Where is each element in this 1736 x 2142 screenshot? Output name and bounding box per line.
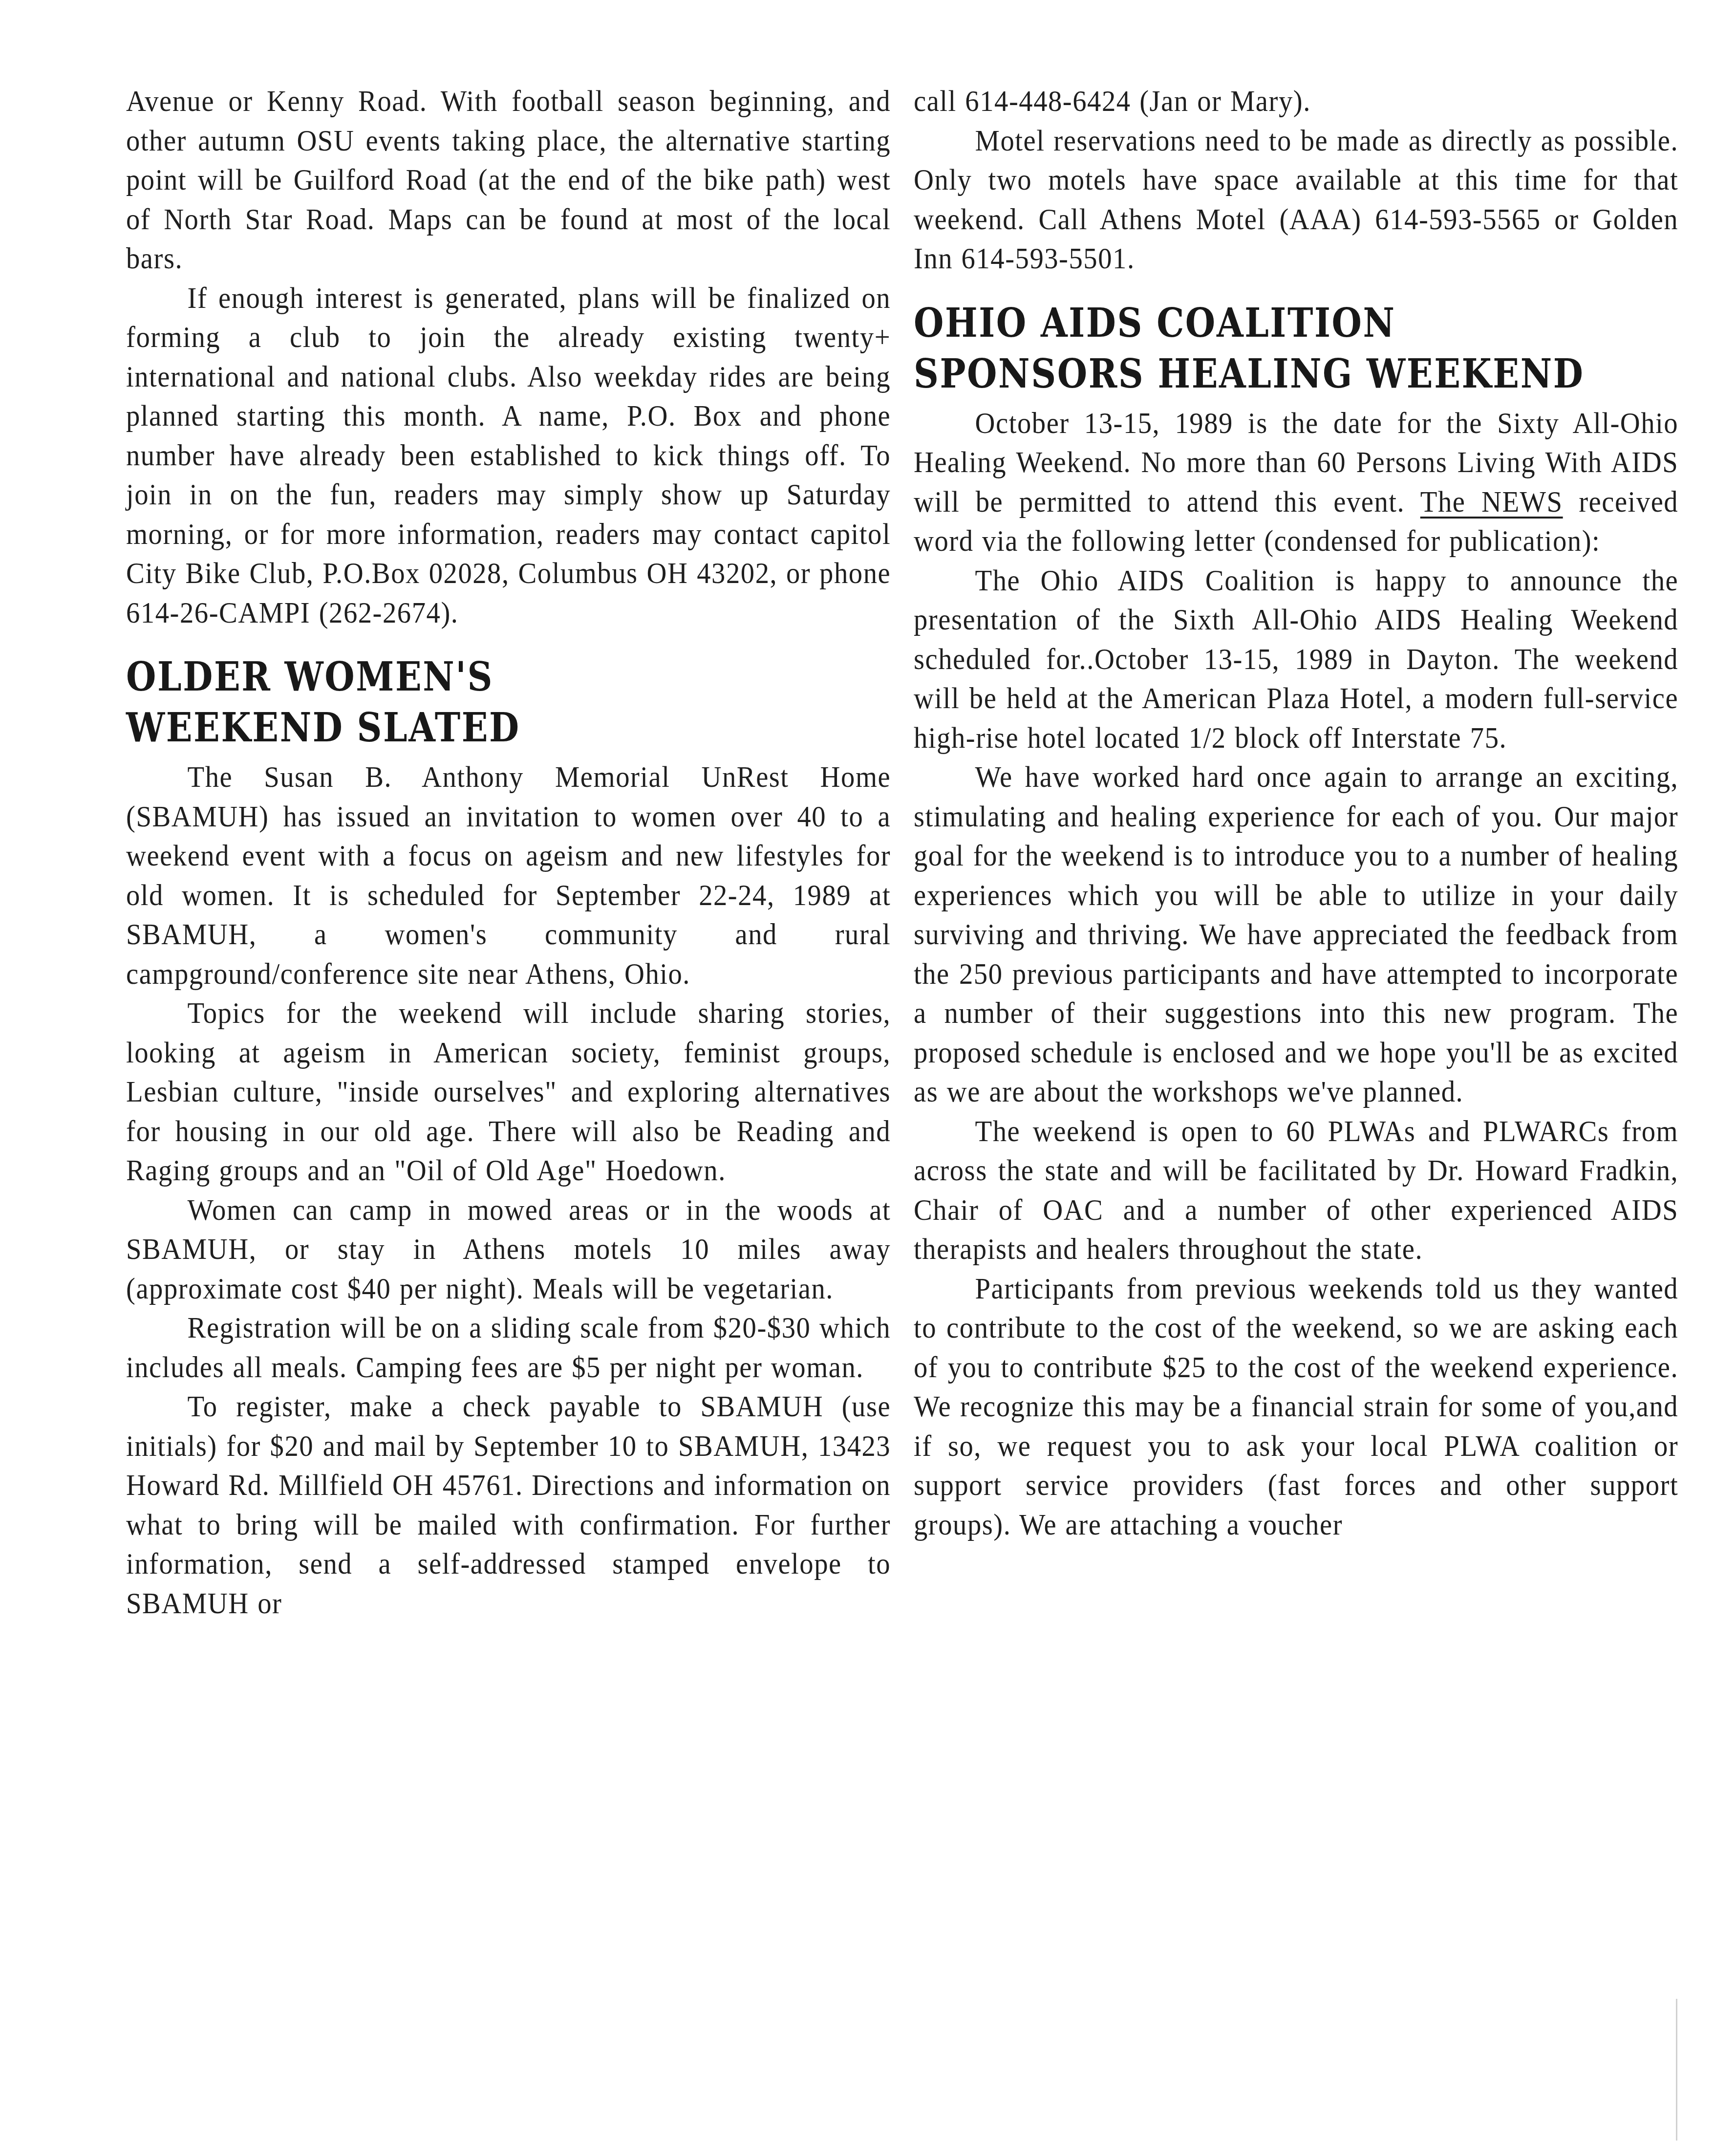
ohio-aids-headline-line1: OHIO AIDS COALITION xyxy=(914,298,1571,348)
older-women-paragraph: Registration will be on a sliding scale … xyxy=(126,1309,891,1387)
older-women-headline: OLDER WOMEN'S WEEKEND SLATED xyxy=(126,651,891,753)
newsletter-page: Avenue or Kenny Road. With football seas… xyxy=(0,0,1736,2142)
ohio-aids-headline-line2: SPONSORS HEALING WEEKEND xyxy=(914,348,1571,399)
the-news-publication-title: The NEWS xyxy=(1420,486,1563,519)
bike-club-paragraph: If enough interest is generated, plans w… xyxy=(126,279,891,633)
ohio-aids-paragraph: Participants from previous weekends told… xyxy=(914,1270,1678,1545)
right-column: call 614-448-6424 (Jan or Mary). Motel r… xyxy=(914,82,1678,1545)
ohio-aids-paragraph: We have worked hard once again to arrang… xyxy=(914,758,1678,1112)
older-women-paragraph: Topics for the weekend will include shar… xyxy=(126,994,891,1191)
ohio-aids-paragraph: The Ohio AIDS Coalition is happy to anno… xyxy=(914,562,1678,758)
older-women-paragraph: The Susan B. Anthony Memorial UnRest Hom… xyxy=(126,758,891,994)
scan-edge-mark xyxy=(1676,1999,1677,2141)
older-women-paragraph: Women can camp in mowed areas or in the … xyxy=(126,1191,891,1309)
ohio-aids-headline: OHIO AIDS COALITION SPONSORS HEALING WEE… xyxy=(914,298,1678,399)
bike-club-continued-paragraph: Avenue or Kenny Road. With football seas… xyxy=(126,82,891,279)
motel-reservations-paragraph: Motel reservations need to be made as di… xyxy=(914,122,1678,279)
older-women-headline-line1: OLDER WOMEN'S xyxy=(126,651,784,702)
ohio-aids-intro-paragraph: October 13-15, 1989 is the date for the … xyxy=(914,404,1678,562)
older-women-paragraph: To register, make a check payable to SBA… xyxy=(126,1387,891,1623)
contact-continued-paragraph: call 614-448-6424 (Jan or Mary). xyxy=(914,82,1678,122)
ohio-aids-paragraph: The weekend is open to 60 PLWAs and PLWA… xyxy=(914,1112,1678,1270)
older-women-headline-line2: WEEKEND SLATED xyxy=(126,702,784,753)
left-column: Avenue or Kenny Road. With football seas… xyxy=(126,82,891,1623)
